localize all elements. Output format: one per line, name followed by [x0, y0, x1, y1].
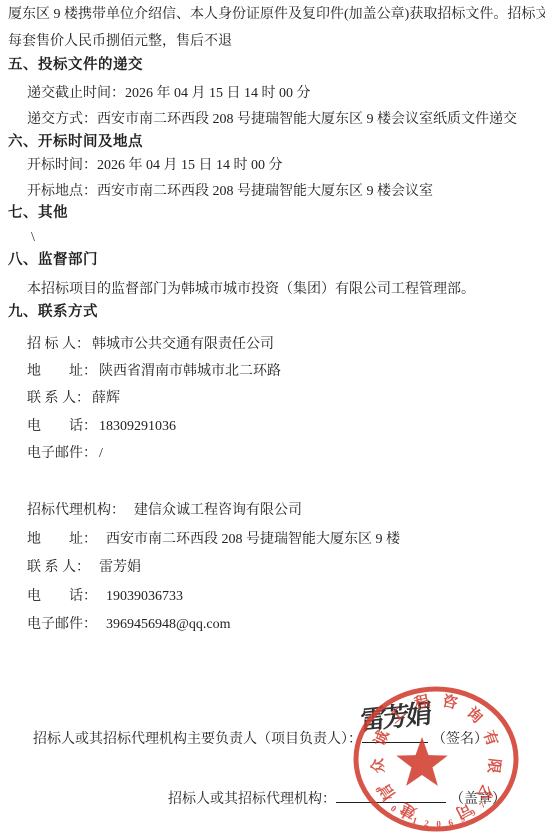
- intro-line-1: 厦东区 9 楼携带单位介绍信、本人身份证原件及复印件(加盖公章)获取招标文件。招…: [8, 6, 545, 23]
- section5-title: 五、投标文件的递交: [8, 57, 143, 74]
- svg-text:程: 程: [413, 692, 432, 713]
- svg-text:咨: 咨: [441, 692, 460, 713]
- svg-text:询: 询: [463, 703, 486, 726]
- agency-address-row: 地 址：西安市南二环西段 208 号捷瑞智能大厦东区 9 楼: [27, 531, 400, 560]
- agency-contact-block: 招标代理机构：建信众诚工程咨询有限公司 地 址：西安市南二环西段 208 号捷瑞…: [27, 502, 400, 645]
- section9-title: 九、联系方式: [8, 304, 98, 321]
- svg-text:众: 众: [368, 757, 388, 774]
- svg-text:有: 有: [480, 728, 502, 748]
- tenderer-address-row: 地 址：陕西省渭南市韩城市北二环路: [27, 363, 281, 390]
- agency-email-label: 电子邮件：: [27, 616, 97, 633]
- agency-contact-row: 联 系 人：雷芳娟: [27, 559, 400, 588]
- agency-contact-label: 联 系 人：: [27, 559, 90, 576]
- tenderer-name-row: 招 标 人：韩城市公共交通有限责任公司: [27, 336, 281, 363]
- agency-phone-label: 电 话：: [27, 588, 97, 605]
- tenderer-contact-value: 薛辉: [92, 391, 120, 406]
- svg-text:6: 6: [447, 817, 454, 828]
- tenderer-address-value: 陕西省渭南市韩城市北二环路: [99, 364, 281, 379]
- svg-text:诚: 诚: [371, 728, 392, 748]
- section5-method: 递交方式：西安市南二环西段 208 号捷瑞智能大厦东区 9 楼会议室纸质文件递交: [27, 111, 517, 128]
- agency-email-row: 电子邮件：3969456948@qq.com: [27, 616, 400, 645]
- tenderer-name-label: 招 标 人：: [27, 336, 90, 353]
- agency-name-label: 招标代理机构：: [27, 502, 125, 519]
- tenderer-contact-block: 招 标 人：韩城市公共交通有限责任公司 地 址：陕西省渭南市韩城市北二环路 联 …: [27, 336, 281, 472]
- section6-place: 开标地点：西安市南二环西段 208 号捷瑞智能大厦东区 9 楼会议室: [27, 183, 433, 200]
- responsible-person-label: 招标人或其招标代理机构主要负责人（项目负责人）：: [33, 732, 362, 747]
- svg-text:限: 限: [484, 757, 504, 774]
- section7-content: \: [31, 229, 35, 246]
- tenderer-email-value: /: [99, 446, 103, 461]
- agency-address-label: 地 址：: [27, 531, 97, 548]
- seal-star-icon: [396, 737, 447, 786]
- tenderer-phone-row: 电 话：18309291036: [27, 418, 281, 445]
- tenderer-email-label: 电子邮件：: [27, 445, 97, 462]
- tenderer-phone-value: 18309291036: [99, 419, 176, 434]
- svg-text:工: 工: [387, 705, 409, 727]
- section8-title: 八、监督部门: [8, 252, 98, 269]
- section5-deadline: 递交截止时间：2026 年 04 月 15 日 14 时 00 分: [27, 85, 311, 102]
- agency-contact-value: 雷芳娟: [99, 560, 141, 575]
- tenderer-address-label: 地 址：: [27, 363, 97, 380]
- section6-time: 开标时间：2026 年 04 月 15 日 14 时 00 分: [27, 157, 283, 174]
- agency-name-value: 建信众诚工程咨询有限公司: [134, 503, 302, 518]
- agency-stamp-label: 招标人或其招标代理机构：: [168, 792, 336, 807]
- svg-text:0: 0: [389, 803, 399, 814]
- tenderer-phone-label: 电 话：: [27, 418, 97, 435]
- agency-phone-value: 19039036733: [106, 589, 183, 604]
- tenderer-name-value: 韩城市公共交通有限责任公司: [92, 337, 274, 352]
- tenderer-contact-label: 联 系 人：: [27, 390, 90, 407]
- tenderer-email-row: 电子邮件：/: [27, 445, 281, 472]
- agency-phone-row: 电 话：19039036733: [27, 588, 400, 617]
- agency-address-value: 西安市南二环西段 208 号捷瑞智能大厦东区 9 楼: [106, 532, 400, 547]
- section7-title: 七、其他: [8, 205, 68, 222]
- document-page: 厦东区 9 楼携带单位介绍信、本人身份证原件及复印件(加盖公章)获取招标文件。招…: [0, 0, 545, 835]
- intro-line-2: 每套售价人民币捌佰元整，售后不退: [8, 33, 232, 50]
- tenderer-contact-row: 联 系 人：薛辉: [27, 390, 281, 417]
- company-seal: 建信众诚工程咨询有限公司 610112065978: [348, 684, 524, 835]
- agency-email-value: 3969456948@qq.com: [106, 617, 231, 632]
- agency-name-row: 招标代理机构：建信众诚工程咨询有限公司: [27, 502, 400, 531]
- section6-title: 六、开标时间及地点: [8, 134, 143, 151]
- section8-content: 本招标项目的监督部门为韩城市城市投资（集团）有限公司工程管理部。: [27, 281, 475, 298]
- svg-text:0: 0: [436, 819, 441, 829]
